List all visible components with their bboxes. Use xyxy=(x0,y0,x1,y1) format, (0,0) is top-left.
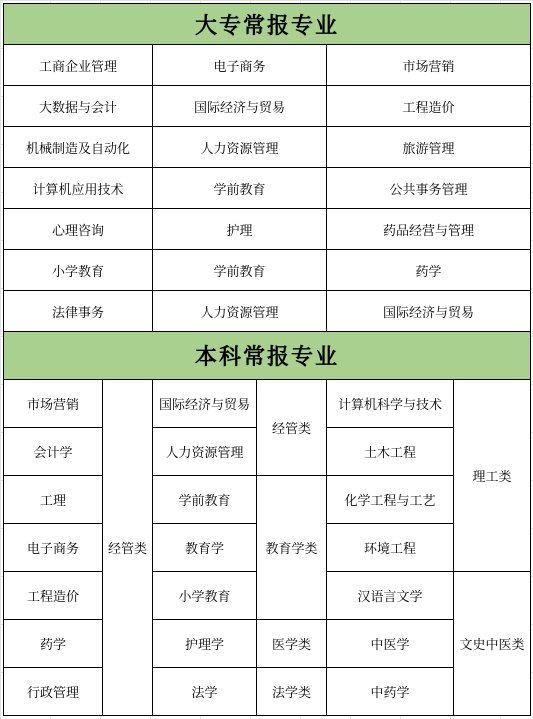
table-row: 法律事务 人力资源管理 国际经济与贸易 xyxy=(4,291,531,332)
cell[interactable]: 药品经营与管理 xyxy=(327,209,531,250)
table-row: 药学 护理学 医学类 中医学 xyxy=(4,619,531,667)
cell[interactable]: 学前教育 xyxy=(153,250,327,291)
majors-sheet: 大专常报专业 工商企业管理 电子商务 市场营销 大数据与会计 国际经济与贸易 工… xyxy=(3,3,530,716)
category-cell[interactable]: 医学类 xyxy=(257,619,327,667)
major-cell[interactable]: 法学 xyxy=(153,667,257,715)
major-cell[interactable]: 化学工程与工艺 xyxy=(327,475,454,523)
cell[interactable]: 工商企业管理 xyxy=(4,45,153,86)
table-row: 心理咨询 护理 药品经营与管理 xyxy=(4,209,531,250)
benke-title: 本科常报专业 xyxy=(4,331,531,379)
major-cell[interactable]: 小学教育 xyxy=(153,571,257,619)
major-cell[interactable]: 会计学 xyxy=(4,427,103,475)
cell[interactable]: 电子商务 xyxy=(153,45,327,86)
cell[interactable]: 人力资源管理 xyxy=(153,127,327,168)
cell[interactable]: 公共事务管理 xyxy=(327,168,531,209)
benke-table: 本科常报专业 市场营销 经管类 国际经济与贸易 经管类 计算机科学与技术 理工类… xyxy=(3,331,531,716)
cell[interactable]: 法律事务 xyxy=(4,291,153,332)
category-cell[interactable]: 文史中医类 xyxy=(454,571,531,715)
zhuanke-table: 大专常报专业 工商企业管理 电子商务 市场营销 大数据与会计 国际经济与贸易 工… xyxy=(3,3,531,332)
cell[interactable]: 计算机应用技术 xyxy=(4,168,153,209)
major-cell[interactable]: 电子商务 xyxy=(4,523,103,571)
table-row: 小学教育 学前教育 药学 xyxy=(4,250,531,291)
cell[interactable]: 工程造价 xyxy=(327,86,531,127)
cell[interactable]: 学前教育 xyxy=(153,168,327,209)
major-cell[interactable]: 人力资源管理 xyxy=(153,427,257,475)
cell[interactable]: 国际经济与贸易 xyxy=(327,291,531,332)
cell[interactable]: 旅游管理 xyxy=(327,127,531,168)
cell[interactable]: 心理咨询 xyxy=(4,209,153,250)
major-cell[interactable]: 中药学 xyxy=(327,667,454,715)
major-cell[interactable]: 工程造价 xyxy=(4,571,103,619)
category-cell[interactable]: 教育学类 xyxy=(257,475,327,619)
category-cell[interactable]: 经管类 xyxy=(257,379,327,475)
major-cell[interactable]: 国际经济与贸易 xyxy=(153,379,257,427)
cell[interactable]: 大数据与会计 xyxy=(4,86,153,127)
table-row: 市场营销 经管类 国际经济与贸易 经管类 计算机科学与技术 理工类 xyxy=(4,379,531,427)
cell[interactable]: 人力资源管理 xyxy=(153,291,327,332)
zhuanke-title: 大专常报专业 xyxy=(4,4,531,45)
cell[interactable]: 护理 xyxy=(153,209,327,250)
table-row: 计算机应用技术 学前教育 公共事务管理 xyxy=(4,168,531,209)
major-cell[interactable]: 学前教育 xyxy=(153,475,257,523)
major-cell[interactable]: 行政管理 xyxy=(4,667,103,715)
major-cell[interactable]: 环境工程 xyxy=(327,523,454,571)
major-cell[interactable]: 中医学 xyxy=(327,619,454,667)
major-cell[interactable]: 工理 xyxy=(4,475,103,523)
major-cell[interactable]: 土木工程 xyxy=(327,427,454,475)
table-row: 行政管理 法学 法学类 中药学 xyxy=(4,667,531,715)
table-row: 大数据与会计 国际经济与贸易 工程造价 xyxy=(4,86,531,127)
category-cell[interactable]: 经管类 xyxy=(103,379,153,715)
category-cell[interactable]: 法学类 xyxy=(257,667,327,715)
major-cell[interactable]: 计算机科学与技术 xyxy=(327,379,454,427)
major-cell[interactable]: 药学 xyxy=(4,619,103,667)
major-cell[interactable]: 护理学 xyxy=(153,619,257,667)
cell[interactable]: 小学教育 xyxy=(4,250,153,291)
major-cell[interactable]: 市场营销 xyxy=(4,379,103,427)
major-cell[interactable]: 汉语言文学 xyxy=(327,571,454,619)
category-cell[interactable]: 理工类 xyxy=(454,379,531,571)
cell[interactable]: 药学 xyxy=(327,250,531,291)
major-cell[interactable]: 教育学 xyxy=(153,523,257,571)
cell[interactable]: 市场营销 xyxy=(327,45,531,86)
table-row: 工商企业管理 电子商务 市场营销 xyxy=(4,45,531,86)
table-row: 工理 学前教育 教育学类 化学工程与工艺 xyxy=(4,475,531,523)
table-row: 机械制造及自动化 人力资源管理 旅游管理 xyxy=(4,127,531,168)
cell[interactable]: 机械制造及自动化 xyxy=(4,127,153,168)
cell[interactable]: 国际经济与贸易 xyxy=(153,86,327,127)
